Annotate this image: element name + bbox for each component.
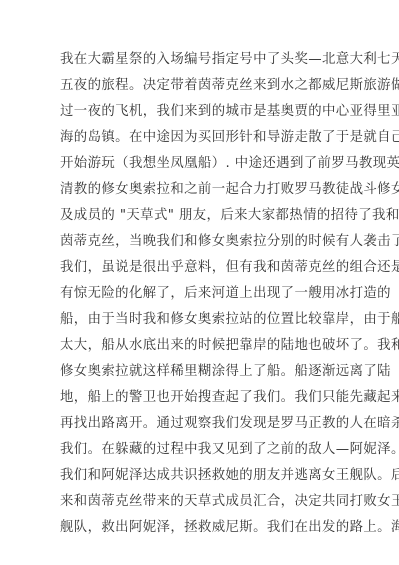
text-line: 来和茵蒂克丝带来的天草式成员汇合，决定共同打败女王 [60, 489, 332, 515]
document-body-text: 我在大霸星祭的入场编号指定号中了头奖—北意大利七天 五夜的旅程。决定带着茵蒂克丝… [60, 47, 332, 541]
text-line: 我们和阿妮泽达成共识拯救她的朋友并逃离女王舰队。后 [60, 463, 332, 489]
text-line: 地，船上的警卫也开始搜查起了我们。我们只能先藏起来 [60, 385, 332, 411]
text-line: 我们，虽说是很出乎意料，但有我和茵蒂克丝的组合还是 [60, 255, 332, 281]
text-line: 海的岛镇。在中途因为买回形针和导游走散了于是就自己 [60, 125, 332, 151]
text-line: 清教的修女奥索拉和之前一起合力打败罗马教徒战斗修女 [60, 177, 332, 203]
text-line: 太大，船从水底出来的时候把靠岸的陆地也破坏了。我和 [60, 333, 332, 359]
text-line: 有惊无险的化解了，后来河道上出现了一艘用冰打造的 [60, 281, 332, 307]
text-line: 开始游玩（我想坐凤凰船）. 中途还遇到了前罗马教现英国 [60, 151, 332, 177]
document-page: 我在大霸星祭的入场编号指定号中了头奖—北意大利七天 五夜的旅程。决定带着茵蒂克丝… [0, 0, 399, 565]
text-line: 我们。在躲藏的过程中我又见到了之前的敌人—阿妮泽。 [60, 437, 332, 463]
text-line: 舰队，救出阿妮泽，拯救威尼斯。我们在出发的路上。海 [60, 515, 332, 541]
text-line: 五夜的旅程。决定带着茵蒂克丝来到水之都威尼斯旅游做 [60, 73, 332, 99]
text-line: 过一夜的飞机，我们来到的城市是基奥贾的中心亚得里亚 [60, 99, 332, 125]
text-line: 茵蒂克丝，当晚我们和修女奥索拉分别的时候有人袭击了 [60, 229, 332, 255]
text-line: 再找出路离开。通过观察我们发现是罗马正教的人在暗杀 [60, 411, 332, 437]
text-line: 及成员的 "天草式" 朋友，后来大家都热情的招待了我和 [60, 203, 332, 229]
text-line: 船，由于当时我和修女奥索拉站的位置比较靠岸，由于船 [60, 307, 332, 333]
text-line: 修女奥索拉就这样稀里糊涂得上了船。船逐渐远离了陆 [60, 359, 332, 385]
text-line: 我在大霸星祭的入场编号指定号中了头奖—北意大利七天 [60, 47, 332, 73]
